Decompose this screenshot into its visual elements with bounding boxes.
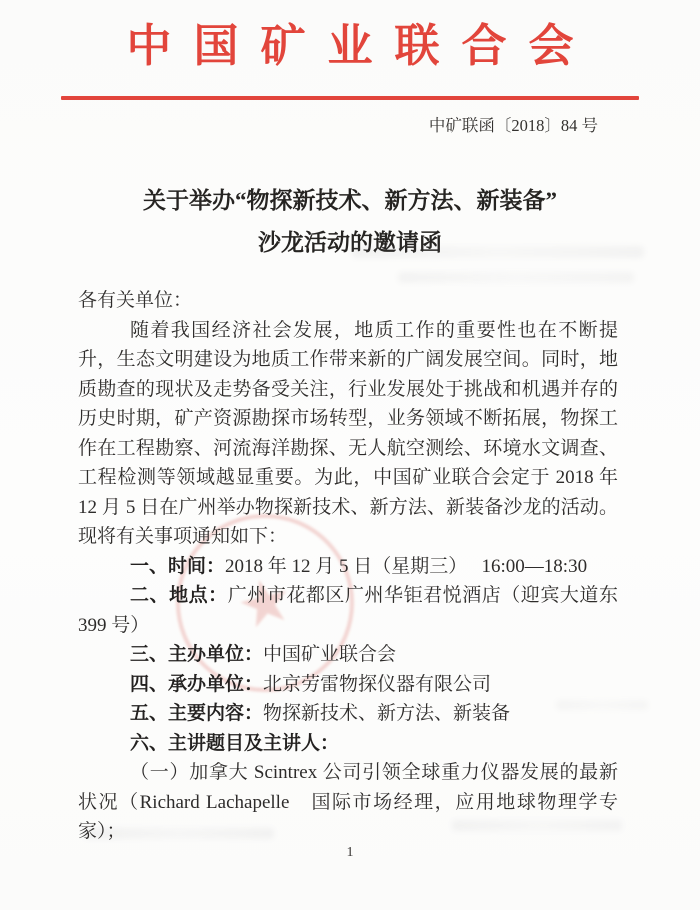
- notice-item-time: 一、时间：2018 年 12 月 5 日（星期三） 16:00—18:30: [78, 552, 618, 582]
- bleedthrough-smudge: [398, 272, 634, 283]
- letter-body: 各有关单位： 随着我国经济社会发展，地质工作的重要性也在不断提升，生态文明建设为…: [78, 286, 618, 847]
- organization-name: 中国矿业联合会: [126, 20, 595, 72]
- letterhead: 中国矿业联合会 中矿联函〔2018〕84 号: [0, 0, 700, 138]
- salutation: 各有关单位：: [78, 286, 618, 316]
- item-label: 二、地点：: [130, 585, 228, 606]
- notice-item-speakers-heading: 六、主讲题目及主讲人：: [78, 729, 618, 759]
- item-label: 四、承办单位：: [130, 674, 263, 695]
- letterhead-divider: [61, 96, 639, 100]
- item-value: 2018 年 12 月 5 日（星期三） 16:00—18:30: [225, 556, 587, 577]
- item-value: 中国矿业联合会: [263, 644, 396, 665]
- intro-paragraph: 随着我国经济社会发展，地质工作的重要性也在不断提升，生态文明建设为地质工作带来新…: [78, 316, 618, 552]
- item-label: 五、主要内容：: [130, 703, 263, 724]
- item-label: 六、主讲题目及主讲人：: [130, 733, 339, 754]
- item-label: 三、主办单位：: [130, 644, 263, 665]
- notice-item-location: 二、地点：广州市花都区广州华钜君悦酒店（迎宾大道东 399 号）: [78, 581, 618, 640]
- document-number: 中矿联函〔2018〕84 号: [0, 114, 700, 138]
- bleedthrough-smudge: [352, 246, 644, 258]
- scanned-document-page: 中国矿业联合会 中矿联函〔2018〕84 号 关于举办“物探新技术、新方法、新装…: [0, 0, 700, 910]
- notice-item-organizer: 四、承办单位：北京劳雷物探仪器有限公司: [78, 670, 618, 700]
- title-line-1: 关于举办“物探新技术、新方法、新装备”: [0, 180, 700, 222]
- notice-item-content: 五、主要内容：物探新技术、新方法、新装备: [78, 699, 618, 729]
- notice-item-host: 三、主办单位：中国矿业联合会: [78, 640, 618, 670]
- page-number: 1: [0, 845, 700, 861]
- item-value: 物探新技术、新方法、新装备: [263, 703, 510, 724]
- speaker-paragraph: （一）加拿大 Scintrex 公司引领全球重力仪器发展的最新状况（Richar…: [78, 758, 618, 847]
- item-label: 一、时间：: [130, 556, 225, 577]
- item-value: 北京劳雷物探仪器有限公司: [263, 674, 491, 695]
